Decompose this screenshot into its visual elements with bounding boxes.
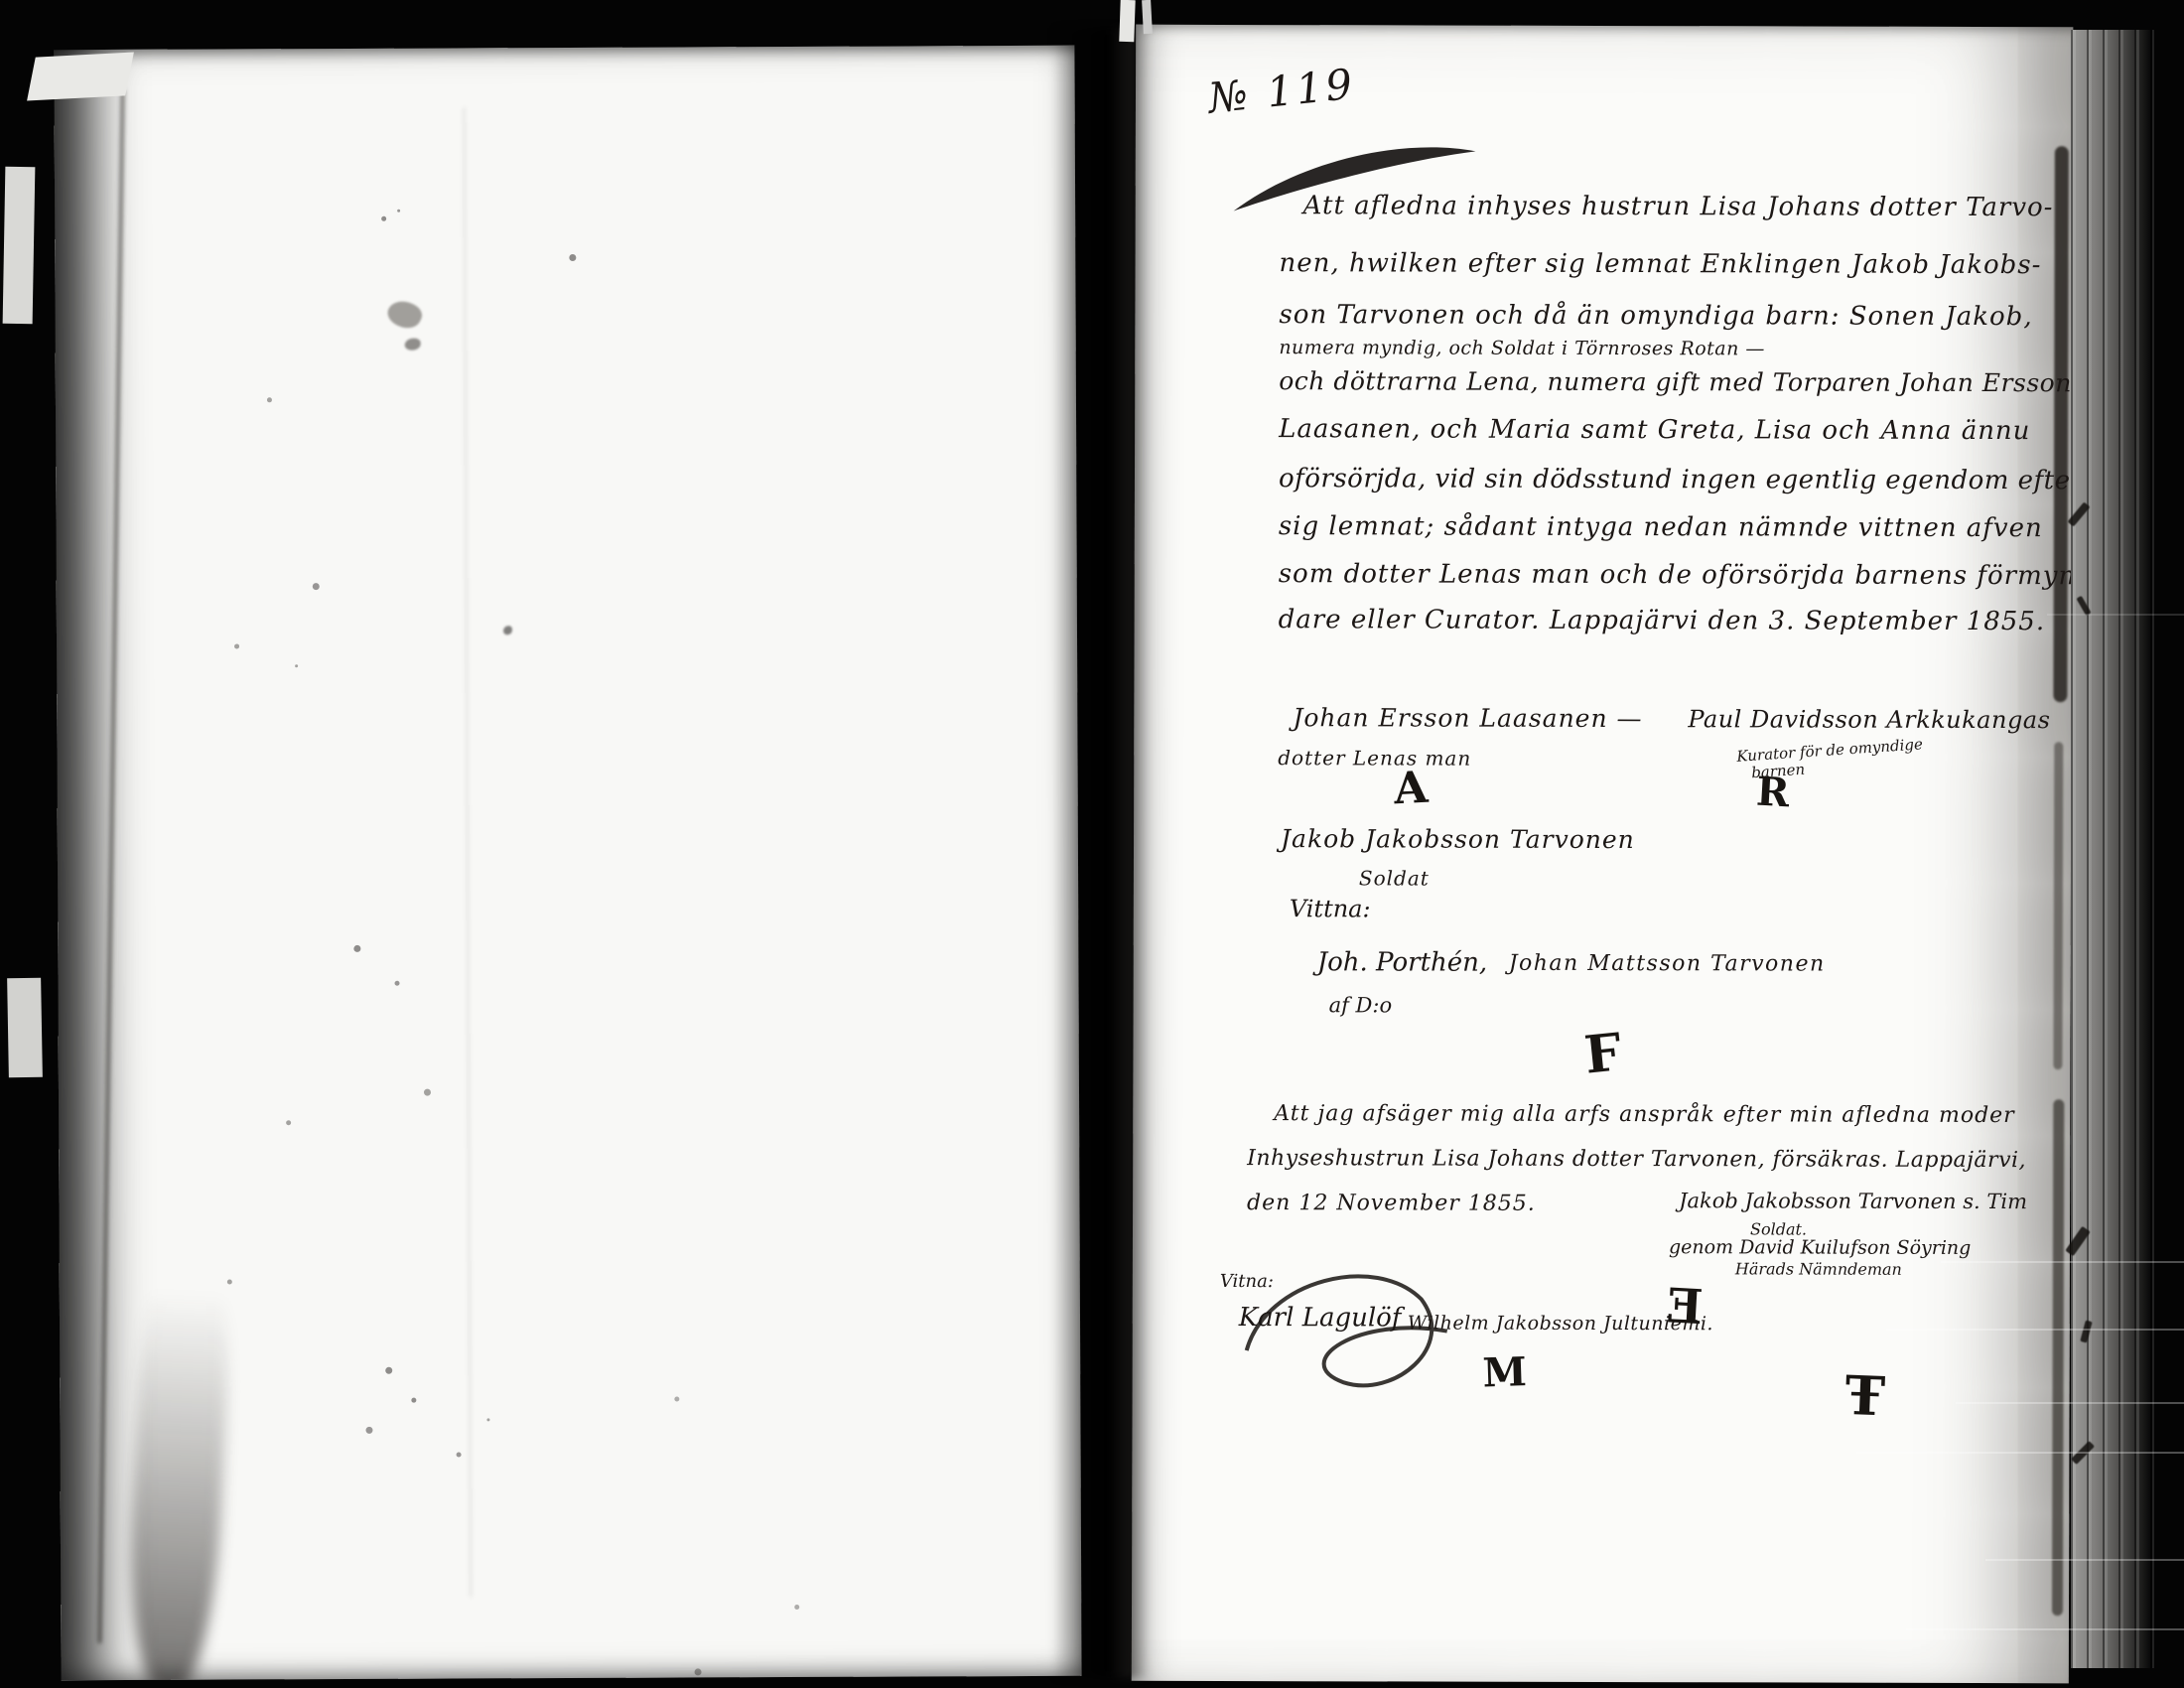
crease-line [464, 107, 473, 1597]
scratch-line [1886, 1329, 2184, 1331]
page-edge-strips [2071, 30, 2154, 1668]
signature-jakob-tarvonen: Jakob Jakobsson Tarvonen [1281, 825, 1635, 853]
house-mark-side: Ǝ [1666, 1282, 1705, 1332]
right-page: № 119 Att afledna inhyses hustrun Lisa J… [1132, 25, 2073, 1683]
ink-bleed-strip [2053, 742, 2063, 1069]
attestation-line: sig lemnat; sådant intyga nedan nämnde v… [1279, 512, 2043, 543]
signature-jakob-tarvonen-2: Jakob Jakobsson Tarvonen s. Tim [1679, 1190, 2027, 1213]
house-mark-mattsson: Ϝ [1582, 1027, 1624, 1081]
ink-stain [384, 296, 426, 334]
signature-paul-arkkukangas: Paul Davidsson Arkkukangas [1688, 706, 2050, 733]
house-mark-jakob: Ŧ [1844, 1368, 1886, 1423]
renunciation-line: den 12 November 1855. [1247, 1192, 1536, 1216]
signature-johan-laasanen: Johan Ersson Laasanen — [1293, 704, 1642, 732]
left-page [54, 46, 1081, 1680]
scratch-line [1956, 1402, 2184, 1404]
scratch-line [1906, 1628, 2184, 1630]
ink-stain [503, 626, 512, 634]
house-mark-laasanen: A [1393, 767, 1429, 812]
crease-line [97, 89, 124, 1643]
scratch-line [2047, 614, 2184, 616]
signature-role-namndeman: Härads Nämndeman [1735, 1260, 1902, 1278]
signature-role-af-do: af D:o [1329, 994, 1393, 1017]
scratch-line [1985, 1559, 2184, 1561]
attestation-line: oförsörjda, vid sin dödsstund ingen egen… [1279, 465, 2073, 495]
margin-slip [7, 978, 43, 1078]
signature-via-david-soyring: genom David Kuilufson Söyring [1669, 1237, 1971, 1259]
bookmark-ribbon [1119, 0, 1135, 42]
scratch-line [1941, 1261, 2184, 1263]
attestation-line: dare eller Curator. Lappajärvi den 3. Se… [1279, 606, 2046, 636]
attestation-line: Att afledna inhyses hustrun Lisa Johans … [1303, 192, 2054, 222]
signature-role-lenas-man: dotter Lenas man [1278, 747, 1471, 770]
margin-slip [3, 167, 36, 324]
signature-role-soldat: Soldat [1359, 867, 1430, 889]
scratch-line [1856, 1452, 2184, 1454]
attestation-line: och döttrarna Lena, numera gift med Torp… [1279, 367, 2072, 397]
attestation-paragraph: Att afledna inhyses hustrun Lisa Johans … [1278, 192, 2073, 670]
attestation-line: numera myndig, och Soldat i Törnroses Ro… [1279, 338, 1765, 359]
speckles [54, 50, 57, 53]
renunciation-paragraph: Att jag afsäger mig alla arfs anspråk ef… [1247, 1102, 2071, 1243]
signature-role-kurator: Kurator för de omyndige [1736, 736, 1923, 765]
ink-stain [405, 339, 421, 351]
witness-heading-2: Vitna: [1220, 1272, 1274, 1292]
signature-karl-lagulof: Karl Lagulöf [1239, 1304, 1402, 1333]
renunciation-line: Inhyseshustrun Lisa Johans dotter Tarvon… [1247, 1147, 2026, 1173]
signature-johan-mattsson-tarvonen: Johan Mattsson Tarvonen [1509, 952, 1826, 977]
attestation-line: som dotter Lenas man och de oförsörjda b… [1279, 560, 2073, 591]
bookmark-ribbon [1142, 0, 1153, 34]
gutter-shadow [1052, 28, 1150, 1678]
smudge [123, 1221, 234, 1680]
witness-heading: Vittna: [1290, 896, 1371, 922]
attestation-line: son Tarvonen och då än omyndiga barn: So… [1279, 301, 2032, 332]
corner-tab [27, 52, 134, 100]
house-mark-jultuniemi: M [1482, 1352, 1528, 1393]
document-number: № 119 [1206, 62, 1357, 122]
scan-stage: № 119 Att afledna inhyses hustrun Lisa J… [0, 0, 2184, 1688]
house-mark-arkkukangas: R [1755, 773, 1790, 814]
signature-joh-porthen: Joh. Porthén, [1317, 948, 1488, 977]
attestation-line: Laasanen, och Maria samt Greta, Lisa och… [1279, 415, 2030, 446]
attestation-line: nen, hwilken efter sig lemnat Enklingen … [1280, 249, 2042, 280]
renunciation-line: Att jag afsäger mig alla arfs anspråk ef… [1274, 1102, 2014, 1128]
